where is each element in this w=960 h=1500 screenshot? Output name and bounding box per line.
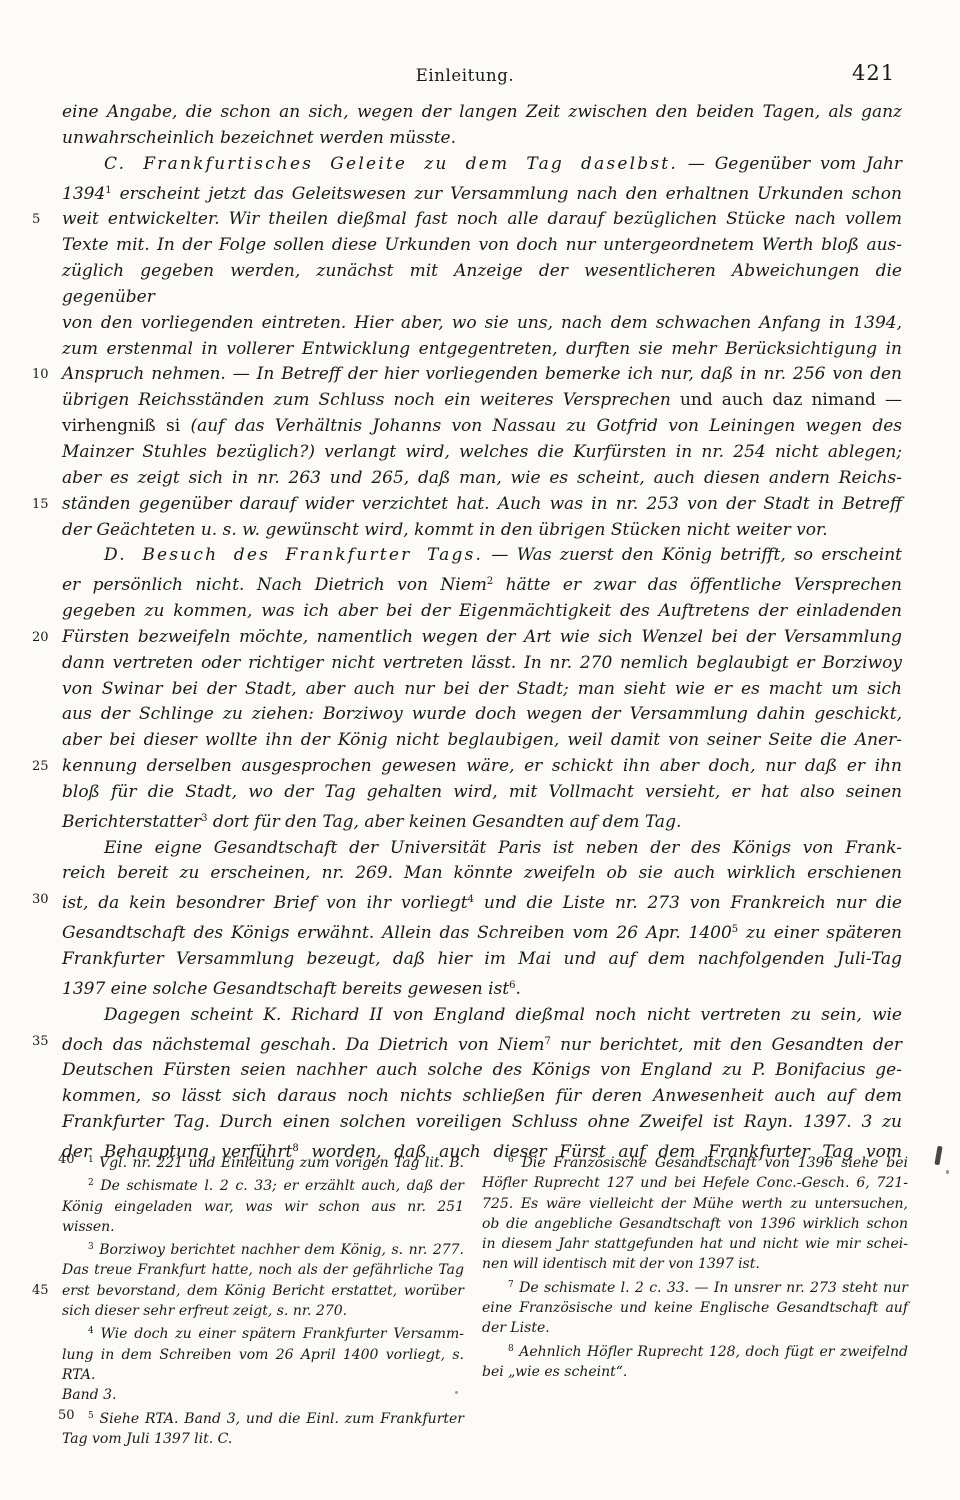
body-text-line: Frankfurter Versammlung bezeugt, daß hie… [62, 947, 902, 973]
text-segment: Deutschen Fürsten seien nachher auch sol… [62, 1060, 902, 1080]
footnote-line: 4 Wie doch zu einer spätern Frankfurter … [62, 1321, 464, 1344]
footnote-line: eine Französische und keine Englische Ge… [482, 1298, 908, 1318]
body-text-line: 10Anspruch nehmen. — In Betreff der hier… [62, 362, 902, 388]
text-segment: D. Besuch des Frankfurter Tags. [104, 545, 483, 565]
text-segment: Frankfurter Versammlung bezeugt, daß hie… [62, 949, 902, 969]
body-text-line: 20Fürsten bezweifeln möchte, namentlich … [62, 625, 902, 651]
text-segment: erst bevorstand, dem König Bericht ersta… [62, 1283, 464, 1299]
text-segment: dort für den Tag, aber keinen Gesandten … [208, 812, 682, 832]
main-text-block: eine Angabe, die schon an sich, wegen de… [62, 100, 902, 1166]
margin-line-number: 25 [32, 754, 56, 780]
footnote-line: 8 Aehnlich Höfler Ruprecht 128, doch füg… [482, 1339, 908, 1362]
footnotes-left-column: 401 Vgl. nr. 221 und Einleitung zum vori… [62, 1150, 464, 1449]
scanned-book-page: Einleitung. 421 eine Angabe, die schon a… [0, 0, 960, 1500]
body-text-line: virhengniß si (auf das Verhältnis Johann… [62, 414, 902, 440]
body-text-line: 30ist, da kein besondrer Brief von ihr v… [62, 887, 902, 917]
text-segment: Siehe RTA. Band 3, und die Einl. zum Fra… [94, 1411, 464, 1427]
text-segment: bloß für die Stadt, wo der Tag gehalten … [62, 782, 902, 802]
body-text-line: züglich gegeben werden, zunächst mit Anz… [62, 259, 902, 311]
body-text-line: von Swinar bei der Stadt, aber auch nur … [62, 677, 902, 703]
text-segment: Höfler Ruprecht 127 und bei Hefele Conc.… [482, 1175, 908, 1191]
body-text-line: kommen, so lässt sich daraus noch nichts… [62, 1084, 902, 1110]
text-segment: Borziwoy berichtet nachher dem König, s.… [94, 1242, 464, 1258]
margin-line-number: 50 [32, 1406, 56, 1426]
text-segment: der Liste. [482, 1320, 550, 1336]
scan-artifact [946, 1170, 949, 1174]
text-segment: von Swinar bei der Stadt, aber auch nur … [62, 679, 902, 699]
body-text-line: der Geächteten u. s. w. gewünscht wird, … [62, 518, 902, 544]
footnote-line: 401 Vgl. nr. 221 und Einleitung zum vori… [62, 1150, 464, 1173]
scan-artifact [455, 1391, 458, 1394]
body-text-line: aus der Schlinge zu ziehen: Borziwoy wur… [62, 702, 902, 728]
text-segment: nen will identisch mit der von 1397 ist. [482, 1256, 760, 1272]
text-segment: Vgl. nr. 221 und Einleitung zum vorigen … [94, 1155, 464, 1171]
margin-line-number: 20 [32, 625, 56, 651]
text-segment: unwahrscheinlich bezeichnet werden müsst… [62, 128, 456, 148]
footnote-line: Das treue Frankfurt hatte, noch als der … [62, 1260, 464, 1280]
margin-line-number: 45 [32, 1281, 56, 1301]
body-text-line: Texte mit. In der Folge sollen diese Urk… [62, 233, 902, 259]
text-segment: züglich gegeben werden, zunächst mit Anz… [62, 261, 902, 307]
body-text-line: eine Angabe, die schon an sich, wegen de… [62, 100, 902, 126]
text-segment: — Gegenüber vom Jahr [678, 154, 902, 174]
text-segment: Berichterstatter [62, 812, 201, 832]
scan-artifact [934, 1146, 942, 1166]
text-segment: ist, da kein besondrer Brief von ihr vor… [62, 893, 468, 913]
body-text-line: gegeben zu kommen, was ich aber bei der … [62, 599, 902, 625]
text-segment: eine Französische und keine Englische Ge… [482, 1300, 908, 1316]
text-segment: in diesem Jahr stattgefunden hat und nic… [482, 1236, 908, 1252]
footnote-line: der Liste. [482, 1318, 908, 1338]
body-text-line: 13941 erscheint jetzt das Geleitswesen z… [62, 178, 902, 208]
text-segment: Mainzer Stuhles bezüglich?) verlangt wir… [62, 442, 902, 462]
body-text-line: 1397 eine solche Gesandtschaft bereits g… [62, 973, 902, 1003]
body-text-line: 35doch das nächstemal geschah. Da Dietri… [62, 1029, 902, 1059]
text-segment: Dagegen scheint K. Richard II von Englan… [104, 1005, 902, 1025]
text-segment: und die Liste nr. 273 von Frankreich nur… [474, 893, 902, 913]
footnote-line: Tag vom Juli 1397 lit. C. [62, 1429, 464, 1449]
footnote-line: 45erst bevorstand, dem König Bericht ers… [62, 1281, 464, 1301]
text-segment: dann vertreten oder richtiger nicht vert… [62, 653, 902, 673]
footnote-line: bei „wie es scheint“. [482, 1362, 908, 1382]
margin-line-number: 15 [32, 492, 56, 518]
body-text-line: dann vertreten oder richtiger nicht vert… [62, 651, 902, 677]
text-segment: 1397 eine solche Gesandtschaft bereits g… [62, 979, 509, 999]
margin-line-number: 30 [32, 887, 56, 913]
footnote-line: Höfler Ruprecht 127 und bei Hefele Conc.… [482, 1173, 908, 1193]
text-segment: Anspruch nehmen. — In Betreff der hier v… [62, 364, 902, 384]
body-text-line: Gesandtschaft des Königs erwähnt. Allein… [62, 917, 902, 947]
text-segment: aus der Schlinge zu ziehen: Borziwoy wur… [62, 704, 902, 724]
text-segment: reich bereit zu erscheinen, nr. 269. Man… [62, 863, 902, 883]
text-segment: erscheint jetzt das Geleitswesen zur Ver… [112, 184, 902, 204]
body-text-line: Berichterstatter3 dort für den Tag, aber… [62, 806, 902, 836]
text-segment: Frankfurter Tag. Durch einen solchen vor… [62, 1112, 902, 1132]
margin-line-number: 40 [32, 1150, 56, 1170]
footnote-line: in diesem Jahr stattgefunden hat und nic… [482, 1234, 908, 1254]
text-segment: De schismate l. 2 c. 33; er erzählt auch… [94, 1178, 464, 1194]
text-segment: aber bei dieser wollte ihn der König nic… [62, 730, 902, 750]
body-text-line: bloß für die Stadt, wo der Tag gehalten … [62, 780, 902, 806]
text-segment: Gesandtschaft des Königs erwähnt. Allein… [62, 923, 732, 943]
body-text-line: von den vorliegenden eintreten. Hier abe… [62, 311, 902, 337]
text-segment: der Geächteten u. s. w. gewünscht wird, … [62, 520, 828, 540]
footnote-line: 6 Die Französische Gesandtschaft von 139… [482, 1150, 908, 1173]
text-segment: kennung derselben ausgesprochen gewesen … [62, 756, 902, 776]
footnote-line: Band 3. [62, 1385, 464, 1405]
text-segment: Fürsten bezweifeln möchte, namentlich we… [62, 627, 902, 647]
body-text-line: C. Frankfurtisches Geleite zu dem Tag da… [62, 152, 902, 178]
body-text-line: Frankfurter Tag. Durch einen solchen vor… [62, 1110, 902, 1136]
text-segment: von den vorliegenden eintreten. Hier abe… [62, 313, 902, 333]
text-segment: kommen, so lässt sich daraus noch nichts… [62, 1086, 902, 1106]
text-segment: zum erstenmal in vollerer Entwicklung en… [62, 339, 902, 359]
body-text-line: zum erstenmal in vollerer Entwicklung en… [62, 337, 902, 363]
text-segment: König eingeladen war, was wir schon aus … [62, 1199, 464, 1235]
footnote-line: 505 Siehe RTA. Band 3, und die Einl. zum… [62, 1406, 464, 1429]
body-text-line: 5weit entwickelter. Wir theilen dießmal … [62, 207, 902, 233]
footnote-line: 7 De schismate l. 2 c. 33. — In unsrer n… [482, 1275, 908, 1298]
page-number: 421 [852, 61, 895, 85]
text-segment: ob die angebliche Gesandtschaft von 1396… [482, 1216, 908, 1232]
text-segment: Tag vom Juli 1397 lit. C. [62, 1431, 232, 1447]
footnote-line: 3 Borziwoy berichtet nachher dem König, … [62, 1237, 464, 1260]
body-text-line: übrigen Reichsständen zum Schluss noch e… [62, 388, 902, 414]
text-segment: . [516, 979, 521, 999]
body-text-line: D. Besuch des Frankfurter Tags. — Was zu… [62, 543, 902, 569]
text-segment: sich dieser sehr erfreut zeigt, s. nr. 2… [62, 1303, 347, 1319]
text-segment: und auch daz nimand — [680, 390, 902, 410]
text-segment: Aehnlich Höfler Ruprecht 128, doch fügt … [514, 1344, 908, 1360]
text-segment: — Was zuerst den König betrifft, so ersc… [483, 545, 902, 565]
body-text-line: unwahrscheinlich bezeichnet werden müsst… [62, 126, 902, 152]
text-segment: Das treue Frankfurt hatte, noch als der … [62, 1262, 464, 1278]
body-text-line: aber es zeigt sich in nr. 263 und 265, d… [62, 466, 902, 492]
text-segment: doch das nächstemal geschah. Da Dietrich… [62, 1035, 545, 1055]
body-text-line: reich bereit zu erscheinen, nr. 269. Man… [62, 861, 902, 887]
text-segment: ständen gegenüber darauf wider verzichte… [62, 494, 902, 514]
body-text-line: 25kennung derselben ausgesprochen gewese… [62, 754, 902, 780]
text-segment: bei „wie es scheint“. [482, 1364, 627, 1380]
body-text-line: Mainzer Stuhles bezüglich?) verlangt wir… [62, 440, 902, 466]
margin-line-number: 10 [32, 362, 56, 388]
text-segment: aber es zeigt sich in nr. 263 und 265, d… [62, 468, 902, 488]
footnote-line: lung in dem Schreiben vom 26 April 1400 … [62, 1345, 464, 1386]
footnote-line: sich dieser sehr erfreut zeigt, s. nr. 2… [62, 1301, 464, 1321]
margin-line-number: 35 [32, 1029, 56, 1055]
text-segment: Band 3. [62, 1387, 116, 1403]
text-segment: hätte er zwar das öffentliche Verspreche… [493, 575, 902, 595]
text-segment: De schismate l. 2 c. 33. — In unsrer nr.… [514, 1280, 908, 1296]
text-segment: weit entwickelter. Wir theilen dießmal f… [62, 209, 902, 229]
body-text-line: aber bei dieser wollte ihn der König nic… [62, 728, 902, 754]
text-segment: er persönlich nicht. Nach Dietrich von N… [62, 575, 487, 595]
text-segment: 1394 [62, 184, 105, 204]
text-segment: Die Französische Gesandtschaft von 1396 … [514, 1155, 908, 1171]
margin-line-number: 5 [32, 207, 56, 233]
text-segment: nur berichtet, mit den Gesandten der [551, 1035, 902, 1055]
footnote-line: König eingeladen war, was wir schon aus … [62, 1197, 464, 1238]
body-text-line: Eine eigne Gesandtschaft der Universität… [62, 836, 902, 862]
text-segment: Eine eigne Gesandtschaft der Universität… [104, 838, 902, 858]
footnote-line: 2 De schismate l. 2 c. 33; er erzählt au… [62, 1173, 464, 1196]
text-segment: Wie doch zu einer spätern Frankfurter Ve… [94, 1326, 464, 1342]
running-header: Einleitung. [62, 66, 868, 85]
body-text-line: er persönlich nicht. Nach Dietrich von N… [62, 569, 902, 599]
text-segment: 725. Es wäre vielleicht der Mühe werth z… [482, 1196, 908, 1212]
footnote-line: ob die angebliche Gesandtschaft von 1396… [482, 1214, 908, 1234]
body-text-line: 15ständen gegenüber darauf wider verzich… [62, 492, 902, 518]
body-text-line: Deutschen Fürsten seien nachher auch sol… [62, 1058, 902, 1084]
text-segment: gegeben zu kommen, was ich aber bei der … [62, 601, 902, 621]
text-segment: eine Angabe, die schon an sich, wegen de… [62, 102, 902, 122]
footnote-line: nen will identisch mit der von 1397 ist. [482, 1254, 908, 1274]
text-segment: lung in dem Schreiben vom 26 April 1400 … [62, 1347, 464, 1383]
text-segment: virhengniß si [62, 416, 190, 436]
text-segment: übrigen Reichsständen zum Schluss noch e… [62, 390, 680, 410]
text-segment: zu einer späteren [738, 923, 902, 943]
text-segment: Texte mit. In der Folge sollen diese Urk… [62, 235, 902, 255]
body-text-line: Dagegen scheint K. Richard II von Englan… [62, 1003, 902, 1029]
footnotes-right-column: 6 Die Französische Gesandtschaft von 139… [482, 1150, 908, 1382]
text-segment: C. Frankfurtisches Geleite zu dem Tag da… [104, 154, 678, 174]
text-segment: (auf das Verhältnis Johanns von Nassau z… [190, 416, 902, 436]
footnote-line: 725. Es wäre vielleicht der Mühe werth z… [482, 1194, 908, 1214]
